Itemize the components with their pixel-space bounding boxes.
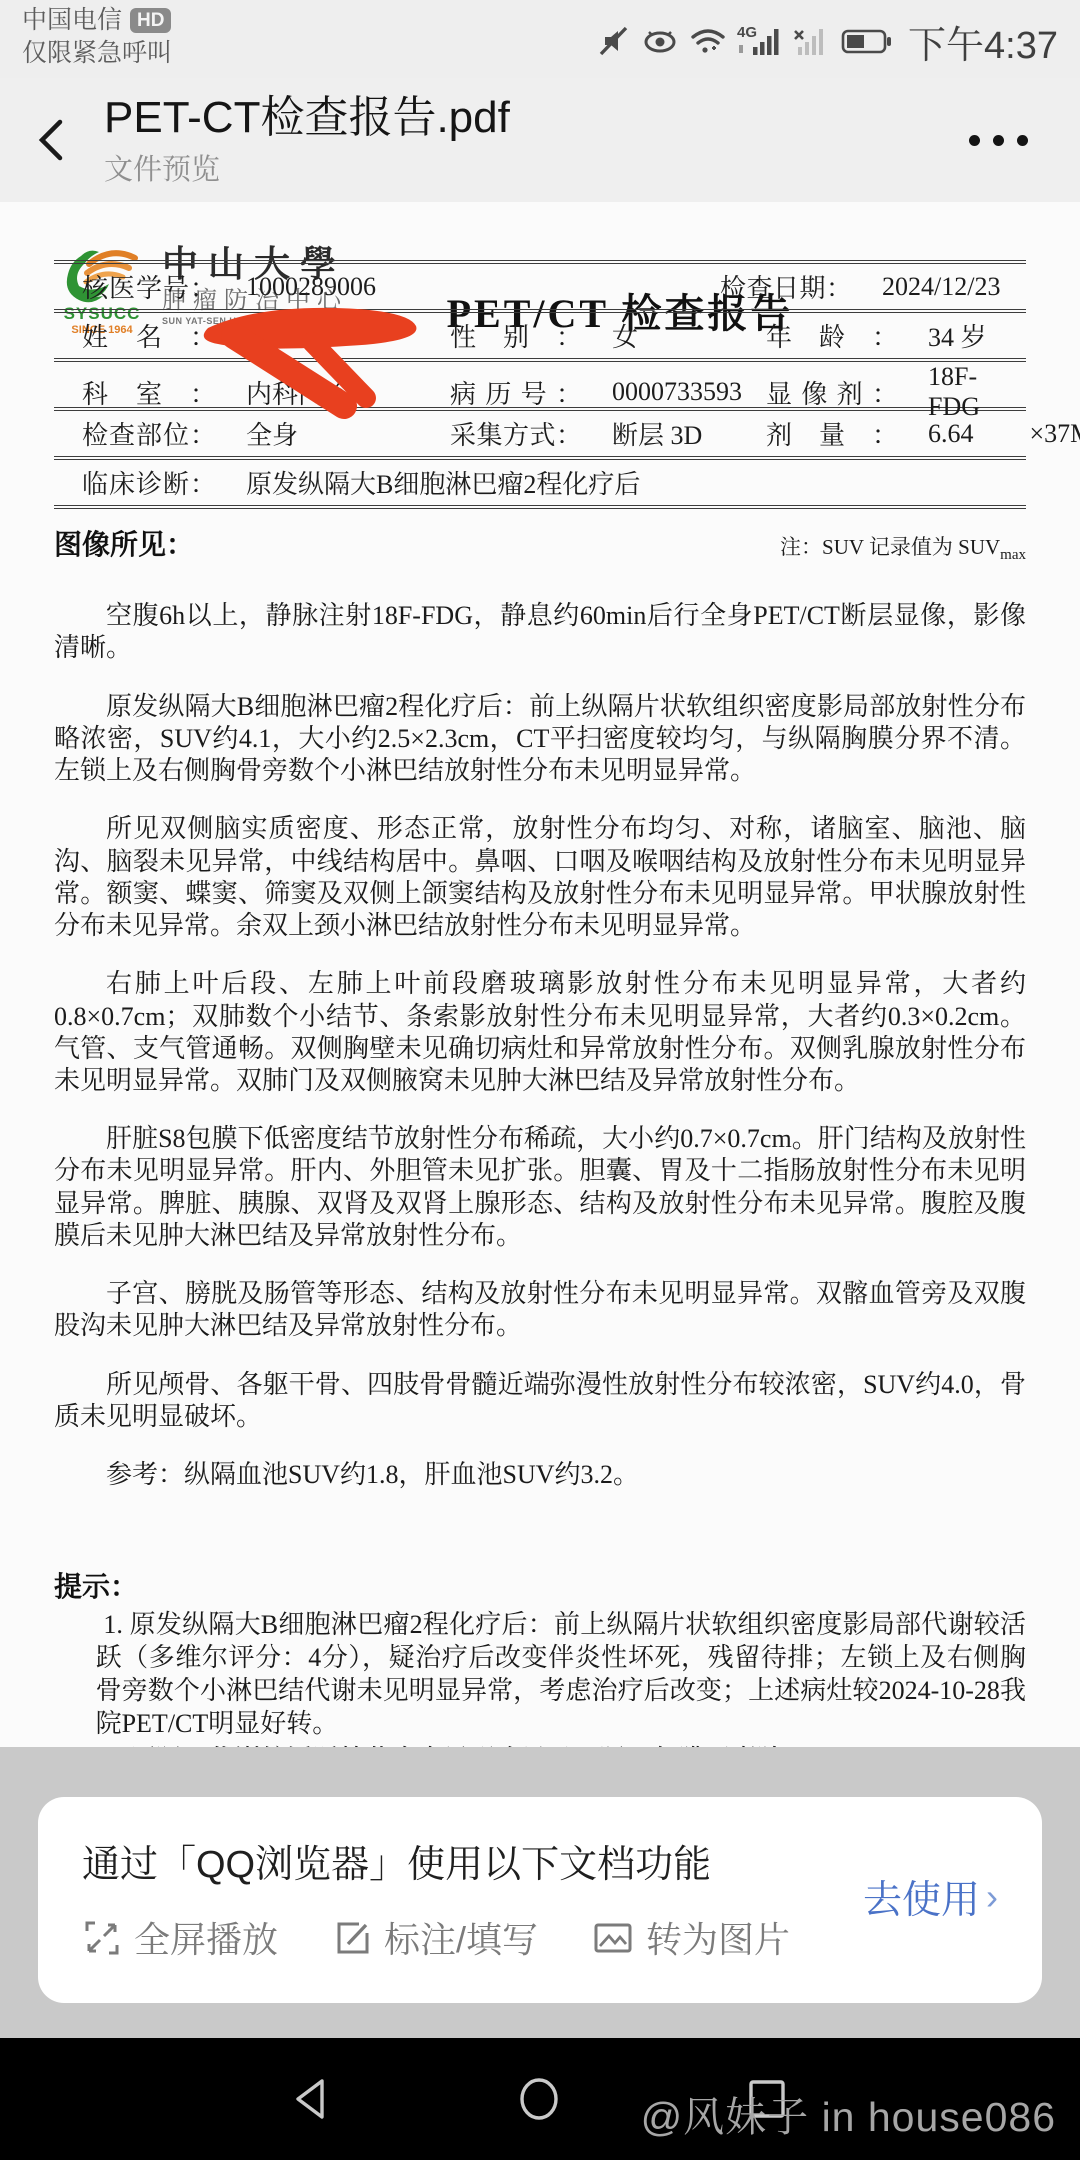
findings-paragraph: 所见双侧脑实质密度、形态正常，放射性分布均匀、对称，诸脑室、脑池、脑沟、脑裂未见… (54, 813, 1026, 942)
gender-value: 女 (598, 317, 766, 354)
findings-paragraph: 右肺上叶后段、左肺上叶前段磨玻璃影放射性分布未见明显异常，大者约0.8×0.7c… (54, 968, 1026, 1097)
findings-paragraph: 空腹6h以上，静脉注射18F-FDG，静息约60min后行全身PET/CT断层显… (54, 600, 1026, 664)
med-id-value: 1000289006 (232, 272, 720, 302)
back-button[interactable] (34, 114, 78, 166)
carrier-name: 中国电信 (22, 4, 122, 37)
fullscreen-icon (82, 1918, 122, 1958)
table-row: 检查部位： 全身 采集方式： 断层 3D 剂量： 6.64×37MBq (54, 411, 1026, 456)
chevron-right-icon: › (986, 1876, 998, 1918)
pdf-document-page[interactable]: SYSUCC SINCE 1964 中山大學 肿瘤防治中心 SUN YAT-SE… (0, 202, 1080, 1747)
suv-note: 注：SUV 记录值为 SUVmax (780, 531, 1026, 564)
field-label: 病历号： (450, 374, 598, 411)
record-no-value: 0000733593 (598, 377, 766, 407)
page-backdrop: 通过「QQ浏览器」使用以下文档功能 去使用› 全屏播放 标注/填写 (0, 1747, 1080, 2038)
field-label: 检查日期： (720, 268, 868, 305)
signal-nosim-icon (792, 23, 832, 59)
wifi-icon (688, 23, 728, 59)
table-row: 临床诊断： 原发纵隔大B细胞淋巴瘤2程化疗后 (54, 460, 1026, 505)
dose-value: 6.64×37MBq (914, 419, 1080, 449)
hd-badge: HD (130, 8, 171, 33)
field-label: 姓名： (82, 317, 232, 354)
field-label: 临床诊断： (82, 464, 232, 501)
findings-paragraph: 参考：纵隔血池SUV约1.8，肝血池SUV约3.2。 (54, 1459, 1026, 1491)
android-navigation-bar: @风妹子 in house086 (0, 2038, 1080, 2160)
dose-unit: ×37MBq (1030, 419, 1080, 448)
svg-text:4G: 4G (737, 24, 757, 41)
dept-value: 内科门诊 (232, 374, 450, 411)
region-value: 全身 (232, 415, 450, 452)
acq-value: 断层 3D (598, 415, 766, 452)
impression-heading: 提示： (54, 1565, 1026, 1605)
eye-comfort-icon (641, 23, 679, 59)
findings-paragraph: 原发纵隔大B细胞淋巴瘤2程化疗后：前上纵隔片状软组织密度影局部放射性分布略浓密，… (54, 691, 1026, 788)
annotate-icon (332, 1918, 372, 1958)
findings-body: 空腹6h以上，静脉注射18F-FDG，静息约60min后行全身PET/CT断层显… (54, 574, 1026, 1517)
field-label: 检查部位： (82, 415, 232, 452)
field-label: 采集方式： (450, 415, 598, 452)
field-label: 核医学号： (82, 268, 232, 305)
table-rule (54, 505, 1026, 509)
field-label: 显像剂： (766, 374, 914, 411)
field-label: 年龄： (766, 317, 914, 354)
findings-paragraph: 所见颅骨、各躯干骨、四肢骨骨髓近端弥漫性放射性分布较浓密，SUV约4.0，骨质未… (54, 1369, 1026, 1433)
feature-annotate-fill[interactable]: 标注/填写 (332, 1912, 538, 1963)
qq-browser-promo-card: 通过「QQ浏览器」使用以下文档功能 去使用› 全屏播放 标注/填写 (38, 1797, 1042, 2003)
emergency-text: 仅限紧急呼叫 (22, 37, 172, 70)
feature-fullscreen-play[interactable]: 全屏播放 (82, 1912, 278, 1963)
to-image-icon (592, 1918, 634, 1958)
field-label: 科室： (82, 374, 232, 411)
patient-info-table: 核医学号： 1000289006 检查日期： 2024/12/23 姓名： 性别… (54, 260, 1026, 509)
findings-heading: 图像所见： (54, 523, 194, 563)
use-now-button[interactable]: 去使用› (863, 1869, 998, 1925)
table-row: 科室： 内科门诊 病历号： 0000733593 显像剂： 18F-FDG (54, 362, 1026, 407)
impression-item: 1. 原发纵隔大B细胞淋巴瘤2程化疗后：前上纵隔片状软组织密度影局部代谢较活跃（… (54, 1609, 1026, 1740)
table-row: 核医学号： 1000289006 检查日期： 2024/12/23 (54, 264, 1026, 309)
findings-paragraph: 肝脏S8包膜下低密度结节放射性分布稀疏，大小约0.7×0.7cm。肝门结构及放射… (54, 1123, 1026, 1252)
feature-convert-to-image[interactable]: 转为图片 (592, 1912, 790, 1963)
exam-date-value: 2024/12/23 (868, 272, 1024, 302)
table-row: 姓名： 性别： 女 年龄： 34 岁 (54, 313, 1026, 358)
promo-title: 通过「QQ浏览器」使用以下文档功能 (82, 1833, 998, 1888)
field-label: 性别： (450, 317, 598, 354)
field-label: 剂量： (766, 415, 914, 452)
tracer-value: 18F-FDG (914, 362, 1024, 422)
age-value: 34 岁 (914, 317, 1024, 354)
signal-4g-icon: 4G (737, 23, 783, 59)
dot-icon (993, 135, 1004, 146)
watermark-text: @风妹子 in house086 (641, 2084, 1056, 2143)
clock: 下午4:37 (908, 14, 1058, 69)
dot-icon (1017, 135, 1028, 146)
diagnosis-value: 原发纵隔大B细胞淋巴瘤2程化疗后 (232, 464, 1024, 501)
more-menu-button[interactable] (969, 135, 1046, 146)
nav-home-button[interactable] (516, 2076, 562, 2122)
file-preview-header: PET-CT检查报告.pdf 文件预览 (0, 78, 1080, 202)
file-title: PET-CT检查报告.pdf (104, 93, 510, 143)
battery-icon (841, 23, 893, 59)
back-chevron-icon (34, 114, 68, 166)
findings-paragraph: 子宫、膀胱及肠管等形态、结构及放射性分布未见明显异常。双髂血管旁及双腹股沟未见肿… (54, 1278, 1026, 1342)
mute-icon (596, 23, 632, 59)
status-bar: 中国电信 HD 仅限紧急呼叫 4G (0, 0, 1080, 78)
file-preview-label: 文件预览 (104, 147, 510, 188)
dot-icon (969, 135, 980, 146)
nav-back-button[interactable] (290, 2076, 334, 2122)
